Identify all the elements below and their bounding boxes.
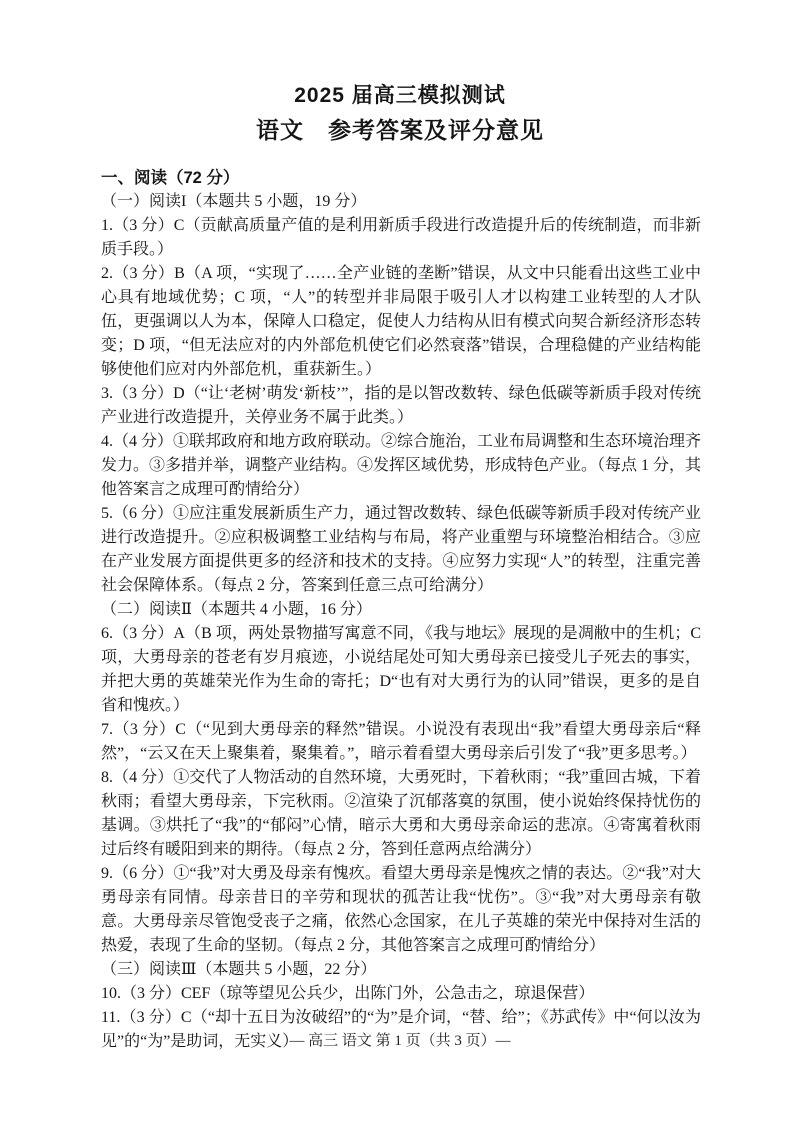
answer-item-1: 1.（3 分）C（贡献高质量产值的是利用新质手段进行改造提升后的传统制造，而非新… <box>101 214 701 262</box>
subsection-heading-reading1: （一）阅读I（本题共 5 小题，19 分） <box>101 190 701 214</box>
subsection-heading-reading2: （二）阅读Ⅱ（本题共 4 小题，16 分） <box>101 598 701 622</box>
subsection-heading-reading3: （三）阅读Ⅲ（本题共 5 小题，22 分） <box>101 958 701 982</box>
answer-item-4: 4.（4 分）①联邦政府和地方政府联动。②综合施治，工业布局调整和生态环境治理齐… <box>101 430 701 502</box>
answer-item-3: 3.（3 分）D（“让‘老树’萌发‘新枝’”，指的是以智改数转、绿色低碳等新质手… <box>101 382 701 430</box>
answer-key-content: 一、阅读（72 分） （一）阅读I（本题共 5 小题，19 分） 1.（3 分）… <box>101 166 701 1054</box>
title-block: 2025 届高三模拟测试 语文 参考答案及评分意见 <box>0 0 800 145</box>
answer-item-5: 5.（6 分）①应注重发展新质生产力，通过智改数转、绿色低碳等新质手段对传统产业… <box>101 502 701 598</box>
section-heading-reading: 一、阅读（72 分） <box>101 166 701 190</box>
page-footer: — 高三 语文 第 1 页（共 3 页）— <box>0 1031 800 1051</box>
document-page: 2025 届高三模拟测试 语文 参考答案及评分意见 一、阅读（72 分） （一）… <box>0 0 800 1131</box>
page-subtitle: 语文 参考答案及评分意见 <box>0 115 800 145</box>
answer-item-9: 9.（6 分）①“我”对大勇及母亲有愧疚。看望大勇母亲是愧疚之情的表达。②“我”… <box>101 862 701 958</box>
answer-item-10: 10.（3 分）CEF（琼等望见公兵少，出陈门外，公急击之，琼退保营） <box>101 982 701 1006</box>
answer-item-7: 7.（3 分）C（“见到大勇母亲的释然”错误。小说没有表现出“我”看望大勇母亲后… <box>101 718 701 766</box>
answer-item-6: 6.（3 分）A（B 项，两处景物描写寓意不同，《我与地坛》展现的是凋敝中的生机… <box>101 622 701 718</box>
answer-item-2: 2.（3 分）B（A 项，“实现了……全产业链的垄断”错误，从文中只能看出这些工… <box>101 262 701 382</box>
page-title: 2025 届高三模拟测试 <box>0 82 800 110</box>
answer-item-8: 8.（4 分）①交代了人物活动的自然环境，大勇死时，下着秋雨；“我”重回古城，下… <box>101 766 701 862</box>
